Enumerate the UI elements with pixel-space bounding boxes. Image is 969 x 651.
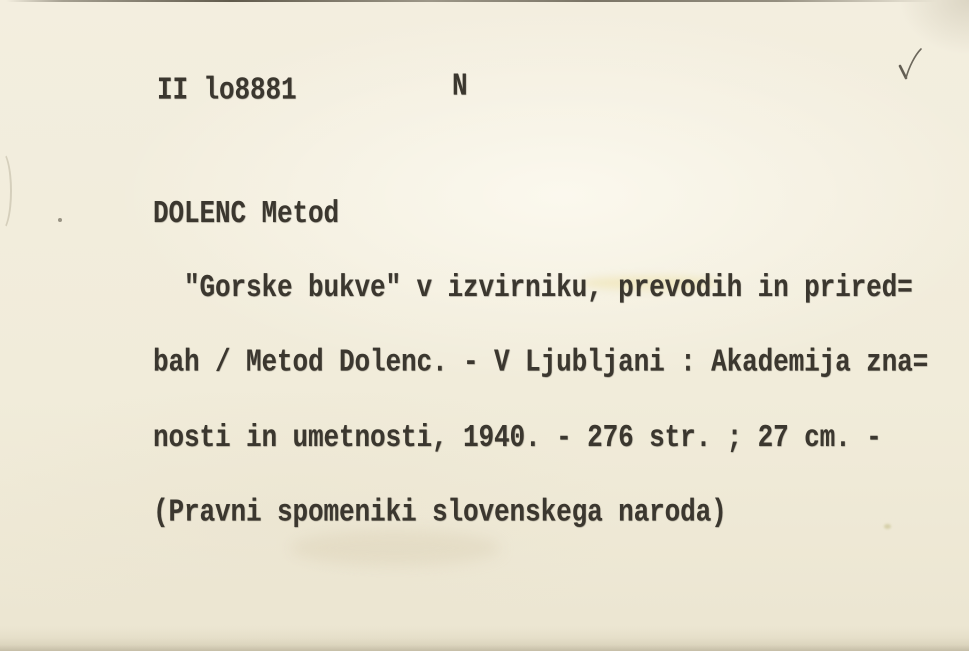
entry-line-heading: DOLENC Metod [153, 201, 928, 226]
entry-line: nosti in umetnosti, 1940. - 276 str. ; 2… [153, 426, 928, 451]
scan-top-edge [6, 0, 946, 2]
left-edge-artifact [0, 150, 12, 232]
scan-bottom-edge [0, 629, 969, 651]
entry-line: bah / Metod Dolenc. - V Ljubljani : Akad… [153, 351, 928, 376]
location-mark: N [452, 74, 468, 99]
entry-line-series: (Pravni spomeniki slovenskega naroda) [153, 500, 928, 525]
ink-dot [58, 218, 62, 222]
check-icon [894, 45, 928, 89]
call-number: II lo8881 [157, 78, 297, 103]
catalog-card: II lo8881 N DOLENC Metod "Gorske bukve" … [0, 0, 969, 651]
catalog-entry: DOLENC Metod "Gorske bukve" v izvirniku,… [153, 151, 928, 575]
entry-line: "Gorske bukve" v izvirniku, prevodih in … [153, 276, 928, 301]
